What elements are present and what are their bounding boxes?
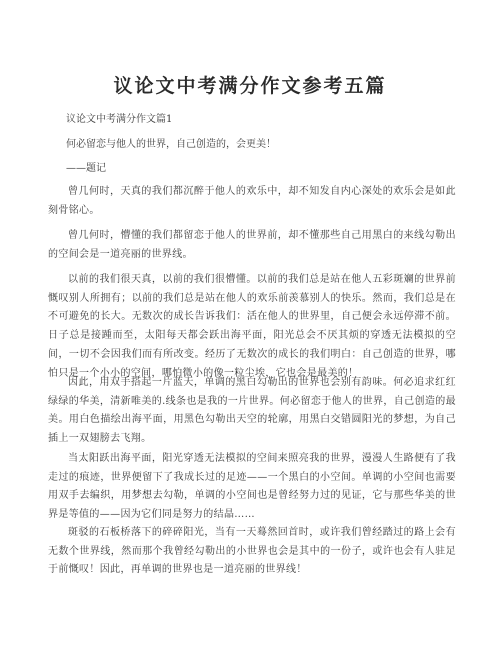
paragraph-6: 斑驳的石板桥落下的碎碎阳光，当有一天蓦然回首时，或许我们曾经踏过的路上会有无数个… xyxy=(48,524,456,580)
epigraph: 何必留恋与他人的世界，自己创造的，会更美！ xyxy=(66,138,276,152)
paragraph-2: 曾几何时，懵懂的我们都留恋于他人的世界前，却不懂那些自己用黑白的来线勾勒出的空间… xyxy=(48,227,456,264)
document-title: 议论文中考满分作文参考五篇 xyxy=(0,74,500,98)
paragraph-5: 当太阳跃出海平面，阳光穿透无法模拟的空间来照亮我的世界，漫漫人生路便有了我走过的… xyxy=(48,450,456,525)
document-page: 议论文中考满分作文参考五篇 议论文中考满分作文篇1 何必留恋与他人的世界，自己创… xyxy=(0,0,500,647)
paragraph-3: 以前的我们很天真，以前的我们很懵懂。以前的我们总是站在他人五彩斑斓的世界前慨叹别… xyxy=(48,271,456,383)
paragraph-4: 因此，用双手搭起一片蓝天，单调的黑白勾勒出的世界也会别有韵味。何必追求红红绿绿的… xyxy=(48,374,456,449)
epigraph-label: ——题记 xyxy=(66,162,106,176)
paragraph-1: 曾几何时，天真的我们都沉醉于他人的欢乐中，却不知发自内心深处的欢乐会是如此刻骨铭… xyxy=(48,183,456,220)
section-heading: 议论文中考满分作文篇1 xyxy=(66,113,172,127)
